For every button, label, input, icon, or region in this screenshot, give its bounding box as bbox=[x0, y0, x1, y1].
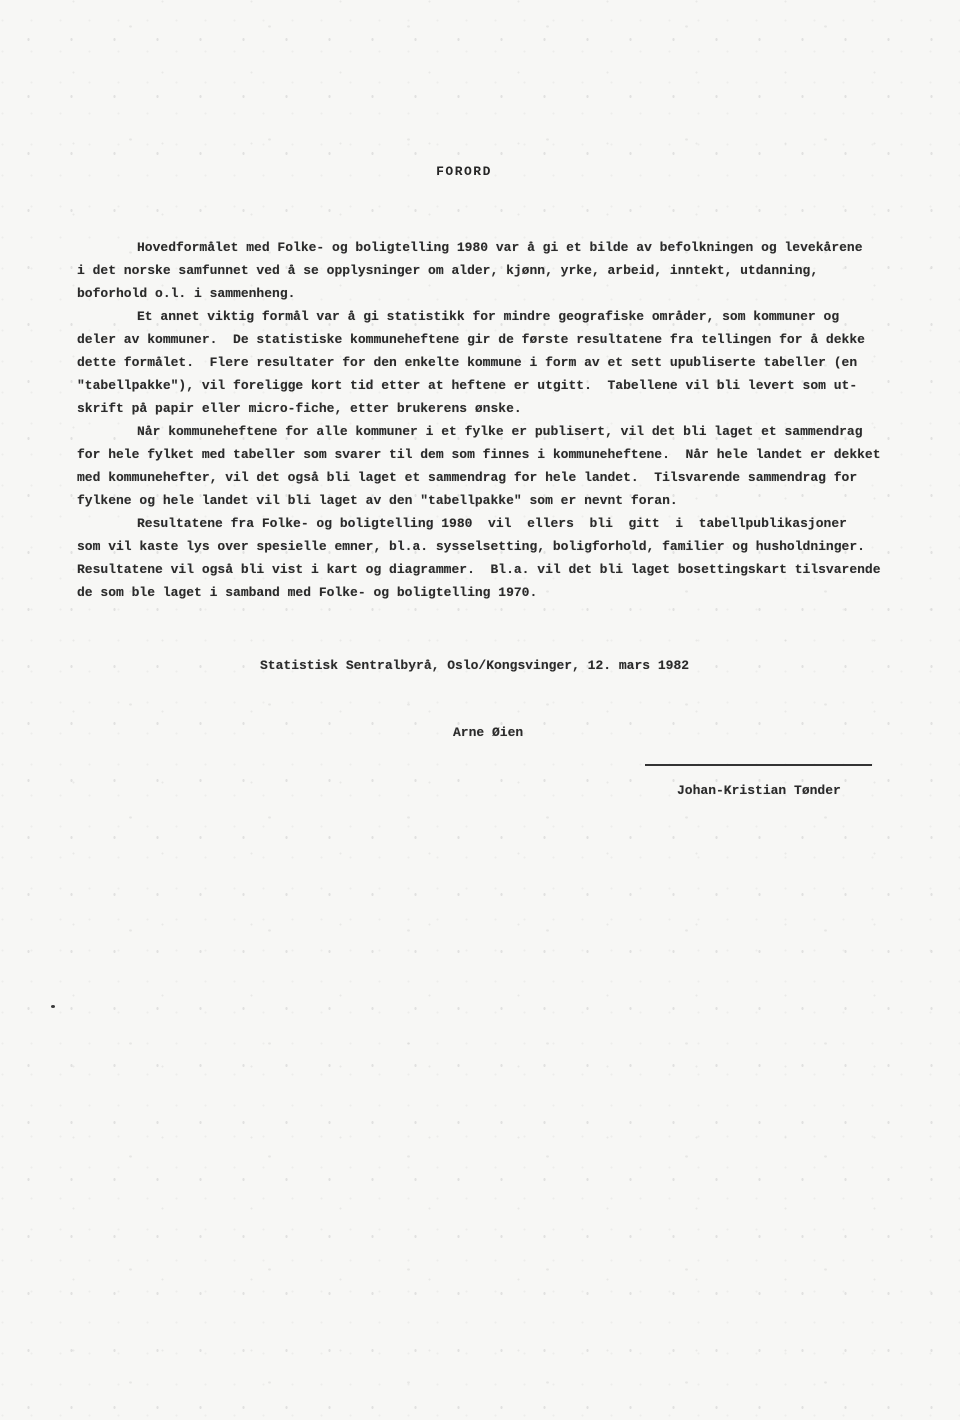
text-line: Resultatene fra Folke- og boligtelling 1… bbox=[77, 512, 883, 535]
text-line: boforhold o.l. i sammenheng. bbox=[77, 282, 883, 305]
signature-rule bbox=[645, 764, 872, 766]
text-line: Hovedformålet med Folke- og boligtelling… bbox=[77, 236, 883, 259]
page-title: FORORD bbox=[0, 164, 928, 179]
signature-org-date: Statistisk Sentralbyrå, Oslo/Kongsvinger… bbox=[260, 654, 689, 677]
signature-deputy: Johan-Kristian Tønder bbox=[677, 779, 841, 802]
text-line: deler av kommuner. De statistiske kommun… bbox=[77, 328, 883, 351]
text-line: for hele fylket med tabeller som svarer … bbox=[77, 443, 883, 466]
ink-speck bbox=[51, 1005, 55, 1008]
text-line: som vil kaste lys over spesielle emner, … bbox=[77, 535, 883, 558]
signature-director: Arne Øien bbox=[453, 721, 523, 744]
text-line: skrift på papir eller micro-fiche, etter… bbox=[77, 397, 883, 420]
text-line: Når kommuneheftene for alle kommuner i e… bbox=[77, 420, 883, 443]
foreword-text: Hovedformålet med Folke- og boligtelling… bbox=[77, 236, 883, 604]
text-line: dette formålet. Flere resultater for den… bbox=[77, 351, 883, 374]
text-line: "tabellpakke"), vil foreligge kort tid e… bbox=[77, 374, 883, 397]
text-line: i det norske samfunnet ved å se opplysni… bbox=[77, 259, 883, 282]
text-line: Et annet viktig formål var å gi statisti… bbox=[77, 305, 883, 328]
text-line: med kommunehefter, vil det også bli lage… bbox=[77, 466, 883, 489]
text-line: de som ble laget i samband med Folke- og… bbox=[77, 581, 883, 604]
document-page: FORORD Hovedformålet med Folke- og bolig… bbox=[0, 0, 960, 1420]
text-line: Resultatene vil også bli vist i kart og … bbox=[77, 558, 883, 581]
text-line: fylkene og hele landet vil bli laget av … bbox=[77, 489, 883, 512]
